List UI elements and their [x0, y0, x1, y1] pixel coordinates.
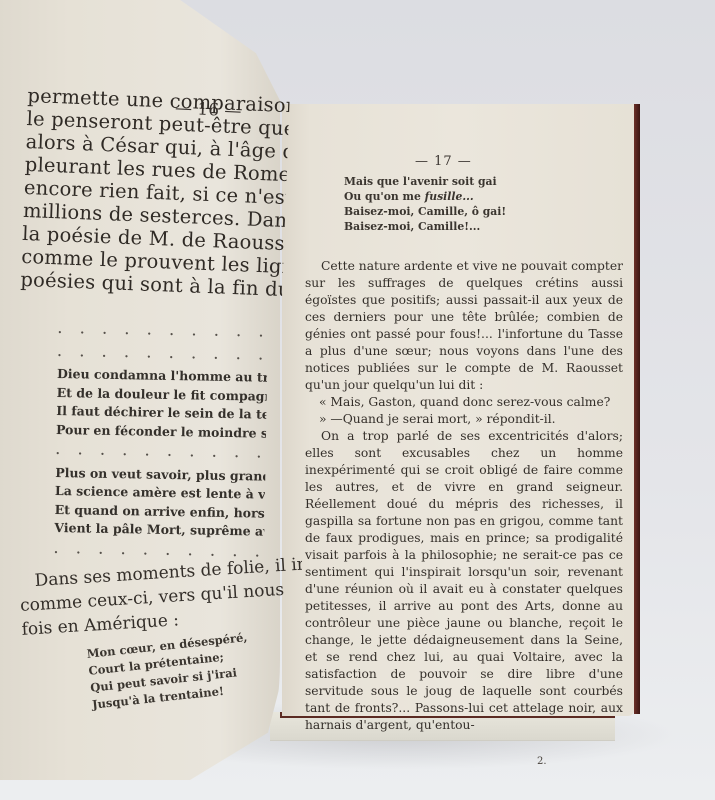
dialogue-line: « Mais, Gaston, quand donc serez-vous ca… — [305, 394, 623, 411]
ellipsis-dots: . . . . . . . . . . . . . . . . . . . . … — [56, 441, 271, 463]
dialogue-line: » —Quand je serai mort, » répondit-il. — [305, 411, 623, 428]
poem-line: Mais que l'avenir soit gai — [344, 174, 506, 189]
right-body-text: Cette nature ardente et vive ne pouvait … — [305, 258, 623, 734]
ellipsis-dots: . . . . . . . . . . . . . . . . . . . . … — [58, 320, 273, 342]
left-paragraph: permette une comparaison moins ambitieus… — [20, 84, 318, 302]
paragraph: Cette nature ardente et vive ne pouvait … — [305, 258, 623, 394]
italic-word: fusille... — [425, 190, 474, 203]
binding-edge-right — [634, 104, 640, 714]
poem-line: Baisez-moi, Camille, ô gai! — [344, 204, 506, 219]
poem-line: Baisez-moi, Camille!... — [344, 219, 506, 234]
right-page: — 17 — Mais que l'avenir soit gai Ou qu'… — [282, 104, 634, 716]
paragraph: On a trop parlé de ses excentricités d'a… — [305, 428, 623, 734]
page-number-17: — 17 — — [415, 154, 472, 169]
poem-line: Vient la pâle Mort, suprême avenir! — [54, 519, 264, 541]
right-poem: Mais que l'avenir soit gai Ou qu'on me f… — [344, 174, 506, 234]
poem-line: Pour en féconder le moindre sillon. — [56, 420, 266, 442]
ellipsis-dots: . . . . . . . . . . . . . . . . . . . . … — [57, 342, 272, 364]
signature-mark: 2. — [537, 756, 547, 767]
poem-line: Ou qu'on me fusille... — [344, 189, 506, 204]
left-poem: . . . . . . . . . . . . . . . . . . . . … — [54, 318, 278, 566]
